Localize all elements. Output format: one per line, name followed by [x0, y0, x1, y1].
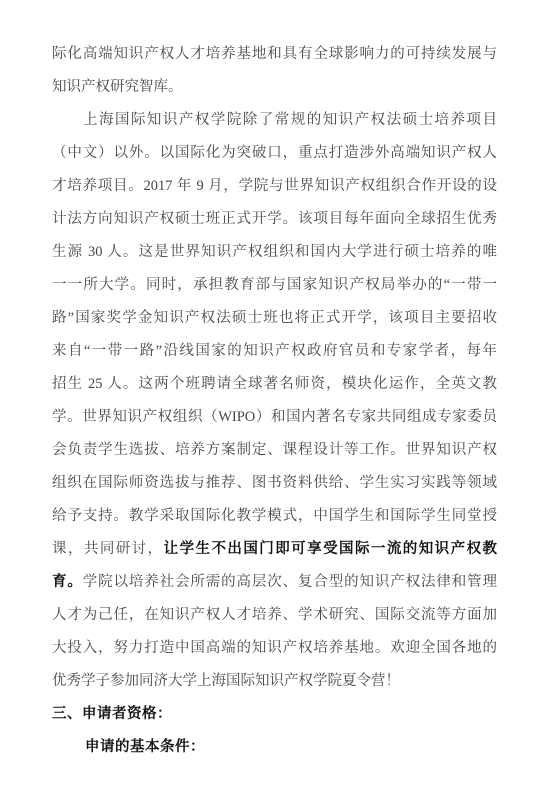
emphasized-text: 让学生不出国门即可享受国际一流的知识产权教 [164, 541, 497, 557]
body-line: 才培养项目。2017 年 9 月，学院与世界知识产权组织合作开设的设 [52, 170, 497, 203]
body-line: 优秀学子参加同济大学上海国际知识产权学院夏令营！ [52, 665, 497, 698]
document-page: 际化高端知识产权人才培养基地和具有全球影响力的可持续发展与 知识产权研究智库。 … [0, 0, 548, 795]
body-line: 知识产权研究智库。 [52, 71, 497, 104]
body-line: 来自“一带一路”沿线国家的知识产权政府官员和专家学者，每年 [52, 335, 497, 368]
body-line: 大投入，努力打造中国高端的知识产权培养基地。欢迎全国各地的 [52, 632, 497, 665]
body-line: 会负责学生选拔、培养方案制定、课程设计等工作。世界知识产权 [52, 434, 497, 467]
body-line: 给予支持。教学采取国际化教学模式，中国学生和国际学生同堂授 [52, 500, 497, 533]
body-line-mixed: 课，共同研讨，让学生不出国门即可享受国际一流的知识产权教 [52, 533, 497, 566]
body-line: 组织在国际师资选拔与推荐、图书资料供给、学生实习实践等领域 [52, 467, 497, 500]
paragraph-institute-overview: 上海国际知识产权学院除了常规的知识产权法硕士培养项目 （中文）以外。以国际化为突… [52, 104, 497, 698]
emphasized-text: 育。 [52, 574, 83, 590]
body-line: 路”国家奖学金知识产权法硕士班也将正式开学，该项目主要招收 [52, 302, 497, 335]
body-line: 生源 30 人。这是世界知识产权组织和国内大学进行硕士培养的唯 [52, 236, 497, 269]
section-heading-applicant-qualifications: 三、申请者资格： [52, 698, 497, 731]
body-line-mixed: 育。学院以培养社会所需的高层次、复合型的知识产权法律和管理 [52, 566, 497, 599]
body-line: （中文）以外。以国际化为突破口，重点打造涉外高端知识产权人 [52, 137, 497, 170]
paragraph-continued: 际化高端知识产权人才培养基地和具有全球影响力的可持续发展与 知识产权研究智库。 [52, 38, 497, 104]
body-text: 学院以培养社会所需的高层次、复合型的知识产权法律和管理 [83, 574, 497, 590]
body-line: 学。世界知识产权组织（WIPO）和国内著名专家共同组成专家委员 [52, 401, 497, 434]
body-text: 课，共同研讨， [52, 541, 164, 557]
body-line: 招生 25 人。这两个班聘请全球著名师资，模块化运作，全英文教 [52, 368, 497, 401]
body-line: 人才为己任，在知识产权人才培养、学术研究、国际交流等方面加 [52, 599, 497, 632]
body-line: 计法方向知识产权硕士班正式开学。该项目每年面向全球招生优秀 [52, 203, 497, 236]
document-content: 际化高端知识产权人才培养基地和具有全球影响力的可持续发展与 知识产权研究智库。 … [0, 0, 548, 764]
body-line: 上海国际知识产权学院除了常规的知识产权法硕士培养项目 [52, 104, 497, 137]
body-line: 际化高端知识产权人才培养基地和具有全球影响力的可持续发展与 [52, 38, 497, 71]
body-line: 一一所大学。同时，承担教育部与国家知识产权局举办的“一带一 [52, 269, 497, 302]
subsection-heading-basic-requirements: 申请的基本条件： [52, 731, 497, 764]
